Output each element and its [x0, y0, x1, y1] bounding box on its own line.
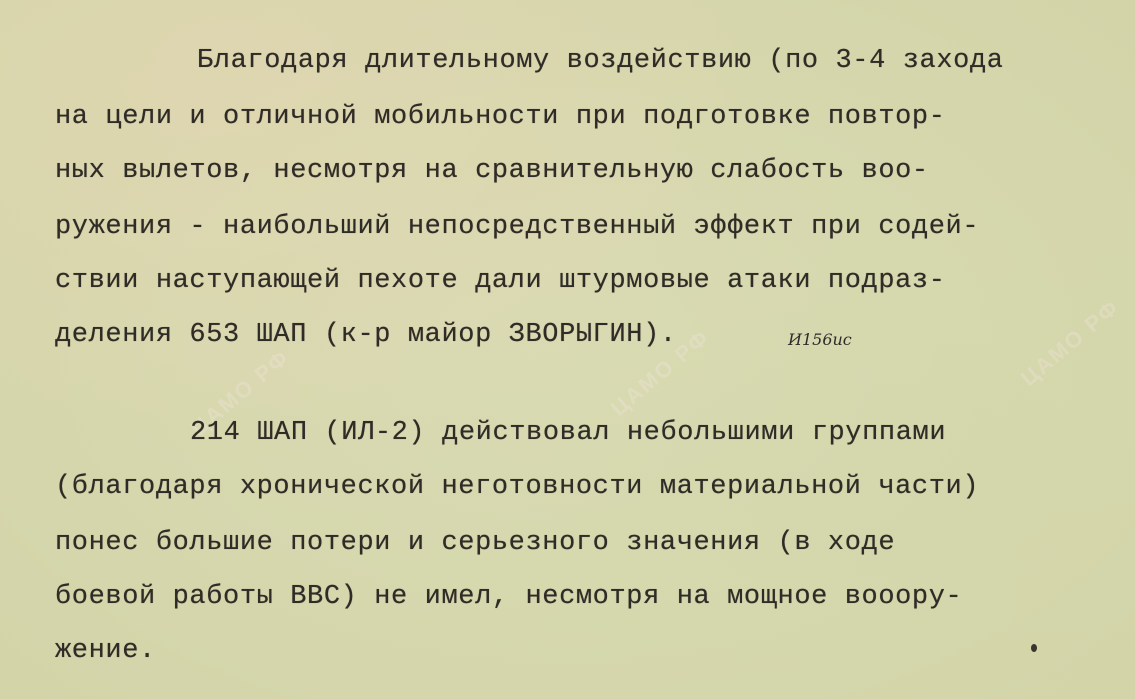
paragraph-1-line-3: ных вылетов, несмотря на сравнительную с…	[55, 158, 929, 185]
paragraph-2-line-4: боевой работы ВВС) не имел, несмотря на …	[55, 584, 962, 611]
paragraph-1-line-5: ствии наступающей пехоте дали штурмовые …	[55, 268, 946, 295]
ink-speck	[1031, 644, 1037, 652]
paragraph-2-line-1: 214 ШАП (ИЛ-2) действовал небольшими гру…	[190, 420, 946, 447]
paragraph-1-line-6: деления 653 ШАП (к-р майор ЗВОРЫГИН).	[55, 322, 677, 349]
paragraph-1-line-1: Благодаря длительному воздействию (по 3-…	[197, 48, 1004, 75]
handwritten-note: И156ис	[788, 330, 852, 349]
paragraph-1-line-2: на цели и отличной мобильности при подго…	[55, 104, 946, 131]
paragraph-2-line-3: понес большие потери и серьезного значен…	[55, 530, 895, 557]
paragraph-2-line-2: (благодаря хронической неготовности мате…	[55, 474, 979, 501]
paragraph-1-line-4: ружения - наибольший непосредственный эф…	[55, 214, 979, 241]
document-page: ЦАМО РФ ЦАМО РФ ЦАМО РФ Благодаря длител…	[0, 0, 1135, 699]
archive-watermark: ЦАМО РФ	[1016, 294, 1125, 391]
paragraph-2-line-5: жение.	[55, 638, 156, 665]
